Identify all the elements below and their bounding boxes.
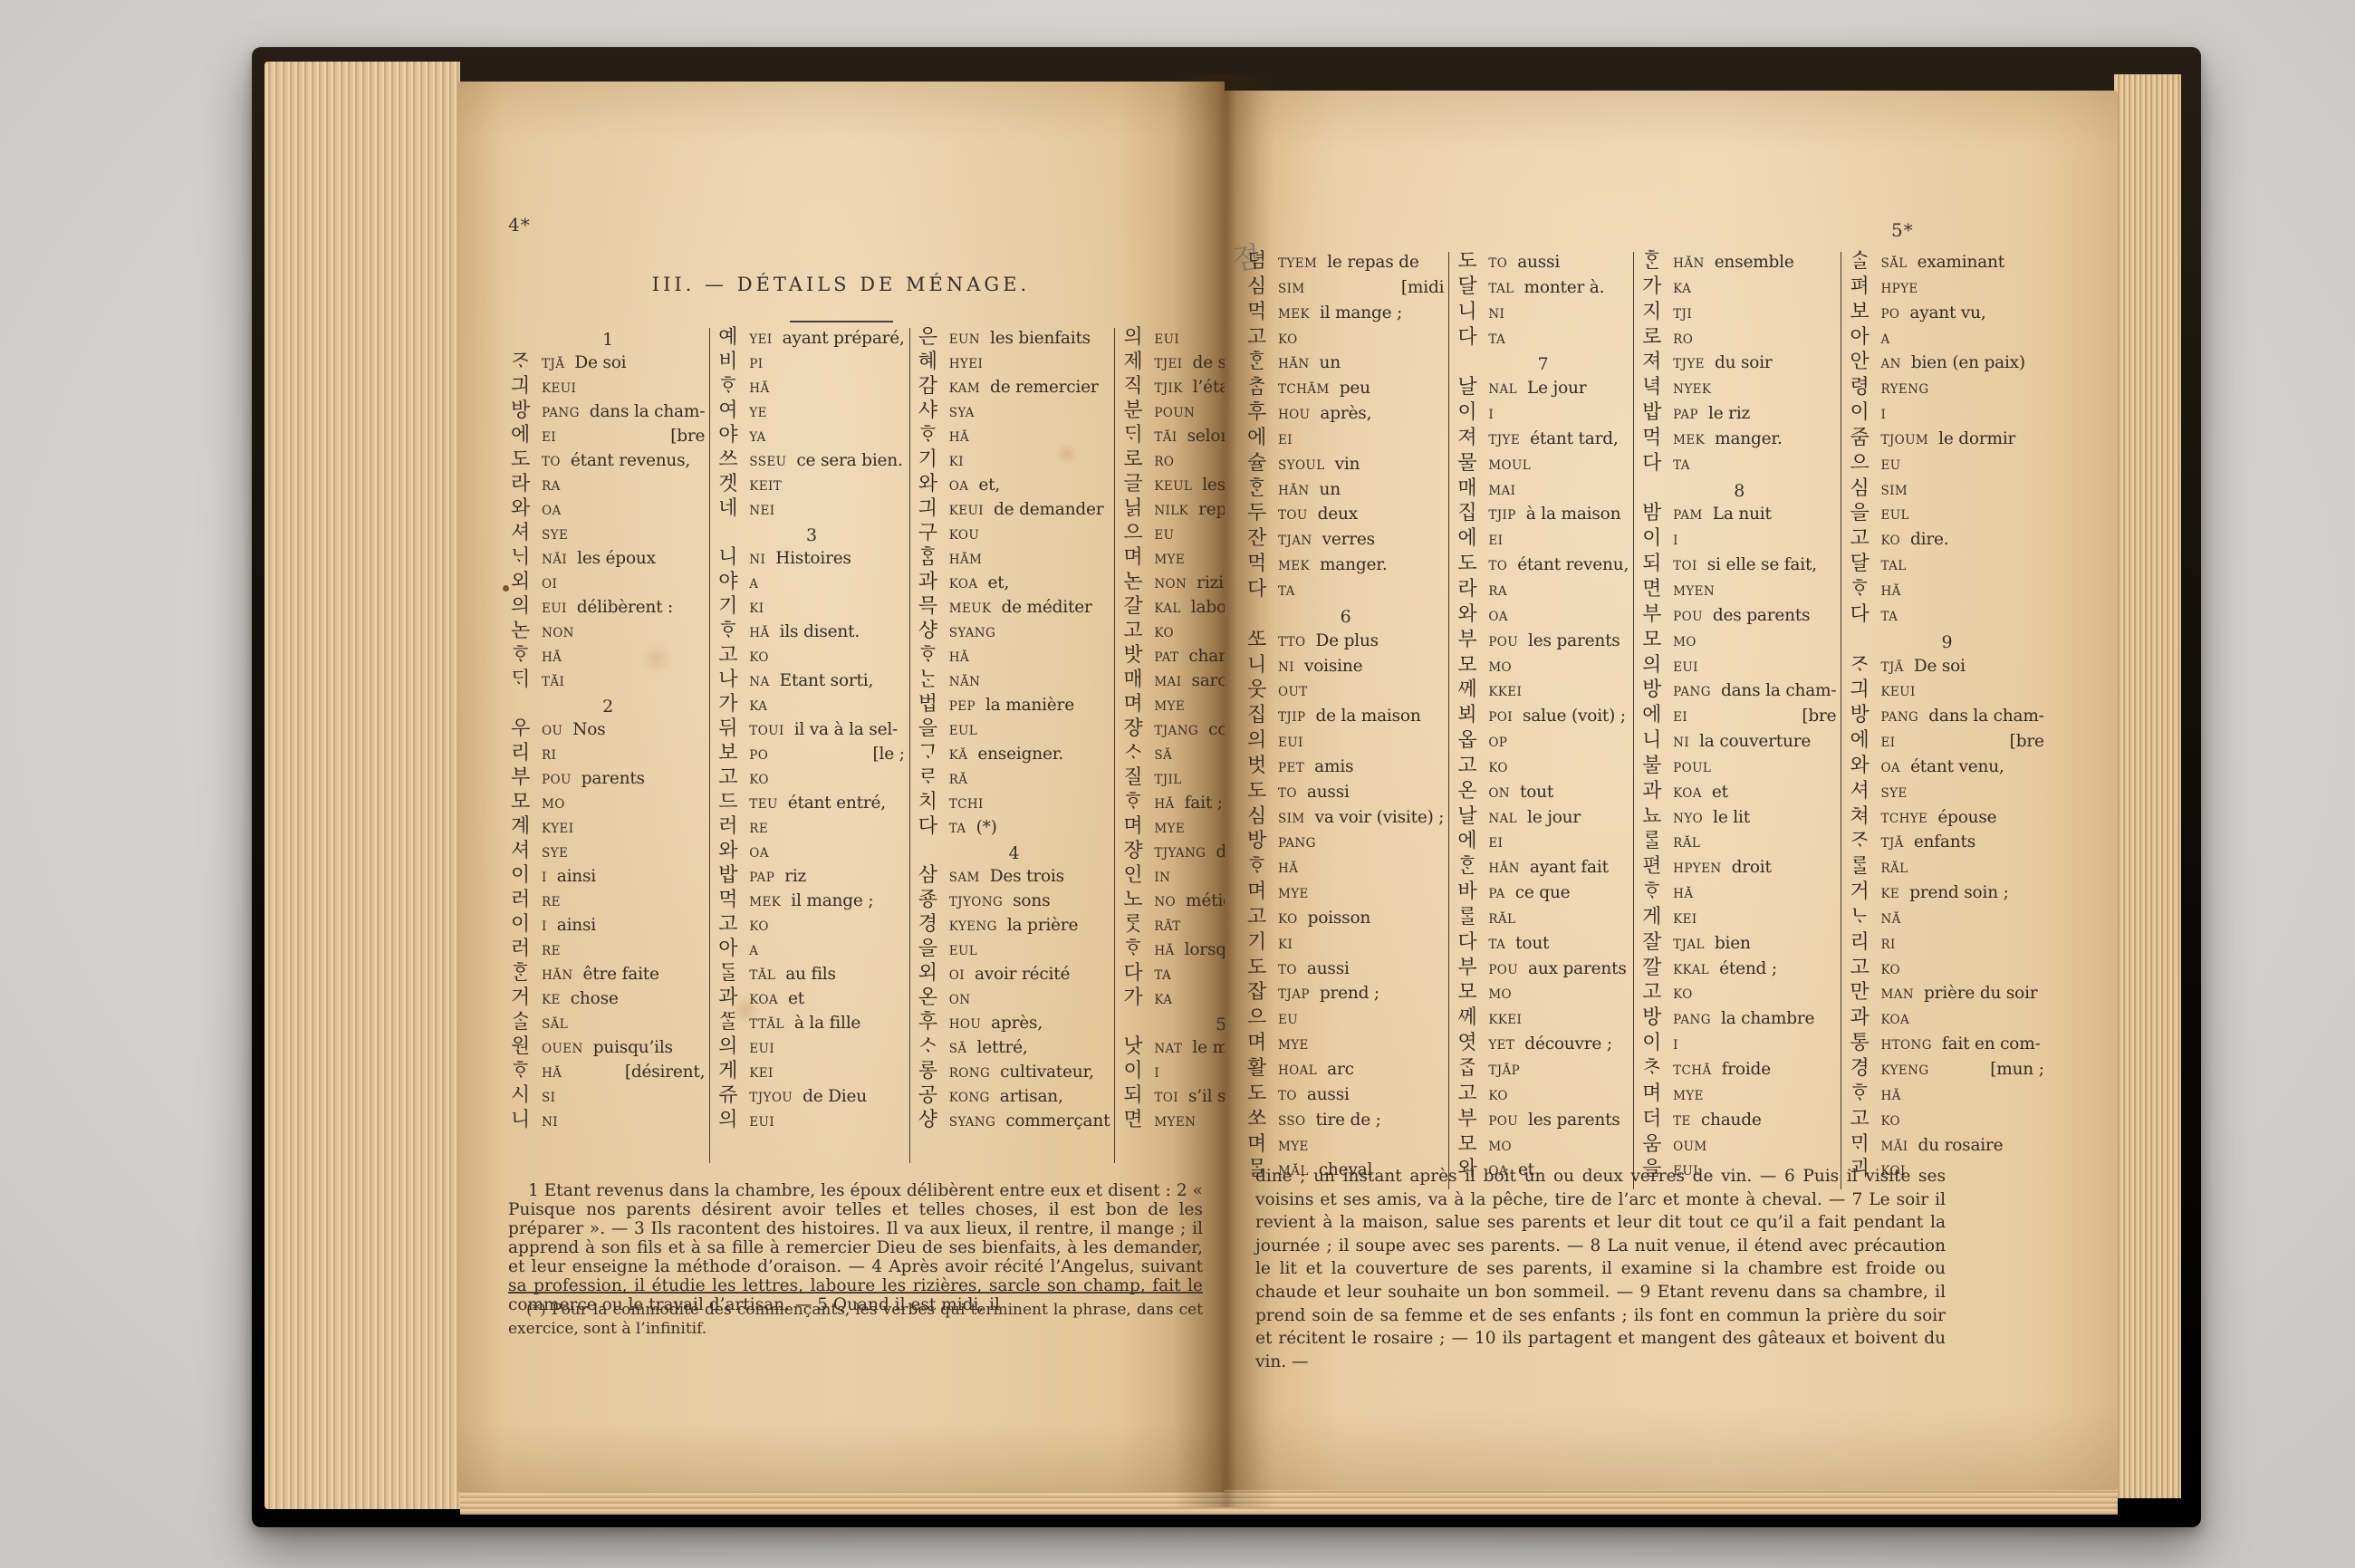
- romanization: NEI: [749, 504, 774, 518]
- hangul-character: 낫: [1123, 1037, 1154, 1057]
- hangul-character: ᄉᆞ: [1123, 744, 1154, 764]
- romanization: KOA: [1880, 1013, 1909, 1027]
- french-gloss: prend ;: [1320, 984, 1379, 1003]
- romanization: RI: [542, 748, 556, 763]
- romanization: TO: [1278, 1089, 1297, 1103]
- dictionary-entry: 외OI: [511, 572, 705, 597]
- romanization: MEK: [1278, 307, 1310, 322]
- dictionary-entry: 도TOétant revenu,: [1457, 554, 1629, 580]
- dictionary-entry: 매MAI: [1457, 479, 1629, 505]
- dictionary-column: 뎜TYEMle repas de심SIM[midi먹MEKil mange ;고…: [1239, 252, 1448, 1189]
- french-gloss: ce que: [1515, 883, 1571, 902]
- section-number: 8: [1642, 479, 1836, 505]
- romanization: MAI: [1488, 484, 1515, 498]
- hangul-character: 리: [511, 744, 542, 764]
- romanization: MYE: [1278, 887, 1309, 901]
- french-gloss: après,: [1320, 404, 1371, 423]
- hangul-character: 로: [1123, 450, 1154, 470]
- romanization: KOA: [749, 993, 778, 1007]
- page-stack-left-edge: [264, 62, 460, 1509]
- dictionary-entry: 예YEIayant préparé,: [718, 328, 904, 352]
- hangul-character: 고: [1123, 621, 1154, 641]
- dictionary-entry: 기KI: [718, 597, 904, 621]
- hangul-character: 밥: [718, 866, 749, 886]
- french-gloss: le riz: [1708, 404, 1750, 423]
- dictionary-entry: 도TOaussi: [1457, 252, 1629, 277]
- dictionary-entry: ᄒᆞHĂils disent.: [718, 621, 904, 646]
- dictionary-entry: 니NI: [511, 1111, 705, 1135]
- romanization: KOA: [949, 577, 978, 592]
- dictionary-entry: 셔SYE: [511, 842, 705, 866]
- hangul-character: 여: [718, 401, 749, 421]
- dictionary-entry: 삼SAMDes trois: [918, 866, 1110, 890]
- dictionary-entry: ᄒᆞᆫHĂNun: [1247, 479, 1444, 505]
- hangul-character: 모: [1457, 1135, 1488, 1155]
- hangul-character: 과: [718, 988, 749, 1008]
- hangul-character: 고: [1850, 529, 1880, 549]
- hangul-character: 잡: [1247, 983, 1278, 1003]
- romanization: MO: [1488, 660, 1512, 675]
- hangul-character: 방: [1247, 832, 1278, 851]
- hangul-character: ᄒᆞ: [1642, 882, 1673, 902]
- romanization: EUL: [1880, 508, 1908, 523]
- romanization: KAL: [1154, 601, 1180, 616]
- romanization: SĂ: [1154, 748, 1172, 763]
- hangul-character: 편: [1642, 857, 1673, 877]
- french-gloss: épouse: [1937, 808, 1996, 827]
- romanization: HTONG: [1880, 1038, 1931, 1053]
- dictionary-entry: 샹SYANG: [918, 621, 1110, 646]
- hangul-character: 기: [918, 450, 949, 470]
- hangul-character: ᄎᆞᆷ: [1247, 378, 1278, 398]
- hangul-character: 며: [1247, 882, 1278, 902]
- hangul-character: 두: [1247, 504, 1278, 524]
- french-gloss: de remercier: [990, 378, 1098, 397]
- romanization: IN: [1154, 871, 1170, 885]
- french-gloss: cultivateur,: [1000, 1063, 1094, 1082]
- romanization: RA: [542, 479, 561, 494]
- photo-background: 4* III. — DÉTAILS DE MÉNAGE. 1ᄌᆞTJĂDe so…: [0, 0, 2355, 1568]
- french-gloss: enseigner.: [977, 745, 1063, 764]
- romanization: I: [1673, 1038, 1678, 1053]
- romanization: KOU: [949, 528, 979, 543]
- romanization: OA: [542, 504, 562, 518]
- hangul-character: 직: [1123, 377, 1154, 397]
- french-gloss: manger.: [1715, 429, 1783, 448]
- romanization: OA: [1880, 761, 1900, 775]
- french-gloss: à la maison: [1526, 505, 1621, 524]
- dictionary-entry: 이I: [1642, 1034, 1836, 1059]
- hangul-character: 달: [1850, 554, 1880, 574]
- hangul-character: 고: [718, 915, 749, 935]
- romanization: SAM: [949, 871, 980, 885]
- dictionary-entry: ᄌᆞTJĂenfants: [1850, 832, 2043, 857]
- french-gloss: découvre ;: [1524, 1034, 1612, 1053]
- hangul-character: 야: [718, 572, 749, 592]
- dictionary-entry: 의EUIdélibèrent :: [511, 597, 705, 621]
- dictionary-entry: 뵈POIsalue (voit) ;: [1457, 706, 1629, 731]
- romanization: KO: [1278, 912, 1298, 927]
- hangul-character: 움: [1642, 1135, 1673, 1155]
- section-number: 4: [918, 842, 1110, 866]
- dictionary-entry: 에EI[bre: [1642, 706, 1836, 731]
- french-gloss: étend ;: [1719, 959, 1777, 978]
- romanization: TO: [1278, 786, 1297, 801]
- dictionary-entry: 와OAet,: [918, 475, 1110, 499]
- romanization: RI: [1880, 938, 1895, 952]
- dictionary-entry: 안ANbien (en paix): [1850, 352, 2043, 378]
- dictionary-entry: 혜HYEI: [918, 352, 1110, 377]
- romanization: HPYEN: [1673, 861, 1721, 876]
- french-gloss: du soir: [1715, 353, 1773, 372]
- hangul-character: 쓰: [718, 450, 749, 470]
- dictionary-entry: ᄭᅦKKEI: [1457, 680, 1629, 706]
- dictionary-entry: 러RE: [511, 939, 705, 964]
- romanization: EUI: [542, 601, 567, 616]
- romanization: TJYE: [1488, 433, 1520, 447]
- hangul-character: 심: [1850, 479, 1880, 499]
- romanization: HPYE: [1880, 282, 1918, 296]
- french-gloss: vin: [1335, 455, 1360, 474]
- romanization: MEK: [749, 895, 781, 909]
- hangul-character: ᄆᆡ: [1850, 1135, 1880, 1155]
- french-gloss: bien: [1715, 934, 1751, 953]
- french-gloss: poisson: [1308, 909, 1371, 928]
- dictionary-entry: 긔KEUI: [1850, 680, 2043, 706]
- hangul-character: 벗: [1247, 756, 1278, 776]
- romanization: MAN: [1880, 987, 1914, 1002]
- french-gloss: manger.: [1320, 555, 1388, 574]
- hangul-character: 삼: [918, 866, 949, 886]
- dictionary-entry: ᄒᆞHĂ: [1642, 882, 1836, 908]
- french-gloss: de Dieu: [803, 1087, 867, 1106]
- romanization: TJIP: [1488, 508, 1515, 523]
- romanization: OP: [1488, 736, 1507, 750]
- romanization: PANG: [1880, 710, 1918, 725]
- romanization: EUN: [949, 332, 980, 347]
- hangul-character: ᄒᆞ: [1247, 857, 1278, 877]
- dictionary-entry: 고KO: [1642, 983, 1836, 1008]
- dictionary-entry: ᄒᆞHĂ: [918, 646, 1110, 670]
- hangul-character: 먹: [1247, 554, 1278, 574]
- hangul-character: 쟝: [1123, 842, 1154, 861]
- hangul-character: 가: [1642, 277, 1673, 297]
- hangul-character: 아: [718, 939, 749, 959]
- dictionary-entry: ᄉᆞSĂlettré,: [918, 1037, 1110, 1062]
- dictionary-entry: ᄒᆞHĂ: [1850, 580, 2043, 605]
- dictionary-entry: 감KAMde remercier: [918, 377, 1110, 401]
- romanization: PAP: [1673, 408, 1698, 422]
- hangul-character: 질: [1123, 768, 1154, 788]
- romanization: EU: [1154, 528, 1174, 543]
- dictionary-entry: 와OAétant venu,: [1850, 756, 2043, 782]
- romanization: OI: [949, 968, 965, 983]
- book: 4* III. — DÉTAILS DE MÉNAGE. 1ᄌᆞTJĂDe so…: [252, 47, 2201, 1527]
- french-gloss: dire.: [1910, 530, 1948, 549]
- french-gloss: [bre: [670, 427, 705, 446]
- romanization: AN: [1880, 357, 1900, 371]
- romanization: KKEI: [1488, 685, 1522, 699]
- romanization: HĂN: [542, 968, 573, 983]
- dictionary-entry: 고KO: [1850, 1110, 2043, 1135]
- romanization: EI: [1488, 836, 1503, 851]
- french-gloss: voisine: [1304, 657, 1362, 676]
- dictionary-entry: 이I: [1642, 529, 1836, 554]
- romanization: MEK: [1278, 559, 1310, 573]
- hangul-character: 이: [511, 866, 542, 886]
- dictionary-entry: 긔KEUIde demander: [918, 499, 1110, 524]
- dictionary-entry: 쳐TCHYEépouse: [1850, 807, 2043, 832]
- french-gloss: les bienfaits: [990, 329, 1091, 348]
- french-gloss: la chambre: [1721, 1009, 1814, 1028]
- dictionary-entry: 모MO: [1642, 630, 1836, 656]
- romanization: KA: [749, 699, 767, 714]
- romanization: TO: [1488, 559, 1507, 573]
- romanization: EUI: [749, 1042, 774, 1056]
- dictionary-entry: 먹MEKmanger.: [1247, 554, 1444, 580]
- romanization: TJĂ: [1880, 836, 1903, 851]
- french-gloss: et: [788, 989, 804, 1008]
- hangul-character: 롱: [918, 1062, 949, 1082]
- french-gloss: et,: [987, 573, 1009, 592]
- dictionary-entry: ᄀᆞKĂenseigner.: [918, 744, 1110, 768]
- romanization: TJANG: [1154, 724, 1198, 738]
- romanization: TĂL: [749, 968, 775, 983]
- romanization: SYE: [542, 846, 568, 861]
- hangul-character: 게: [718, 1062, 749, 1082]
- dictionary-entry: 부POUaux parents: [1457, 958, 1629, 984]
- romanization: YE: [749, 406, 767, 420]
- french-gloss: la couverture: [1699, 732, 1811, 751]
- french-gloss: De soi: [574, 353, 626, 372]
- romanization: KI: [1278, 938, 1293, 952]
- french-gloss: droit: [1732, 858, 1772, 877]
- hangul-character: 니: [1457, 303, 1488, 322]
- romanization: TJAP: [1278, 987, 1310, 1002]
- hangul-character: 에: [1850, 731, 1880, 751]
- romanization: KEUI: [949, 504, 984, 518]
- hangul-character: 져: [1642, 352, 1673, 372]
- hangul-character: 야: [718, 426, 749, 446]
- dictionary-entry: 방PANGdans la cham-: [1850, 706, 2043, 731]
- romanization: MĂI: [1880, 1140, 1908, 1154]
- hangul-character: 긔: [511, 377, 542, 397]
- hangul-character: 으: [1123, 524, 1154, 544]
- hangul-character: ᄅᆞᆺ: [1123, 915, 1154, 935]
- hangul-character: 먹: [1642, 428, 1673, 448]
- dictionary-entry: 고KO: [1457, 1084, 1629, 1110]
- romanization: MEK: [1673, 433, 1705, 447]
- translation-paragraph: dine ; un instant après il boit un ou de…: [1255, 1165, 1946, 1373]
- hangul-character: 셔: [511, 524, 542, 544]
- hangul-character: 다: [1457, 933, 1488, 953]
- romanization: MO: [542, 797, 565, 812]
- french-gloss: sons: [1013, 891, 1050, 910]
- dictionary-entry: ᄂᆡNĂIles époux: [511, 548, 705, 572]
- dictionary-entry: 쏘SSOtire de ;: [1247, 1110, 1444, 1135]
- hangul-character: 논: [1123, 572, 1154, 592]
- hangul-character: ᄉᆞᆯ: [1850, 252, 1880, 272]
- french-gloss: le lit: [1713, 808, 1750, 827]
- dictionary-entry: 야A: [718, 572, 904, 597]
- hangul-character: 혜: [918, 352, 949, 372]
- romanization: OU: [542, 724, 562, 738]
- dictionary-entry: 라RA: [511, 475, 705, 499]
- hangul-character: ᄒᆞ: [918, 426, 949, 446]
- dictionary-entry: 모MO: [1457, 1135, 1629, 1160]
- dictionary-entry: 고KO: [1850, 958, 2043, 984]
- dictionary-entry: 벗PETamis: [1247, 756, 1444, 782]
- romanization: KOA: [1673, 786, 1702, 801]
- dictionary-entry: 경KYENGla prière: [918, 915, 1110, 939]
- hangul-character: 을: [1850, 504, 1880, 524]
- romanization: NI: [1488, 307, 1504, 322]
- dictionary-entry: ᄒᆞᆫHĂNayant fait: [1457, 857, 1629, 882]
- dictionary-entry: 죵TJYONGsons: [918, 890, 1110, 915]
- french-gloss: (*): [976, 818, 997, 837]
- romanization: KEI: [749, 1066, 773, 1081]
- romanization: NAL: [1488, 382, 1517, 397]
- french-gloss: [bre: [1802, 707, 1836, 726]
- romanization: RĂL: [1673, 836, 1700, 851]
- hangul-character: 령: [1850, 378, 1880, 398]
- romanization: KE: [1880, 887, 1899, 901]
- hangul-character: 거: [511, 988, 542, 1008]
- dictionary-entry: 쓰SSEUce sera bien.: [718, 450, 904, 475]
- romanization: TA: [949, 822, 966, 836]
- hangul-character: 슐: [1247, 454, 1278, 474]
- dictionary-entry: 의EUI: [1247, 731, 1444, 756]
- romanization: OA: [749, 846, 769, 861]
- dictionary-entry: 고KO: [718, 646, 904, 670]
- dictionary-entry: ᄆᆡMĂIdu rosaire: [1850, 1135, 2043, 1160]
- french-gloss: aussi: [1517, 253, 1560, 272]
- romanization: RA: [1488, 584, 1507, 599]
- french-gloss: tout: [1515, 934, 1549, 953]
- french-gloss: deux: [1318, 505, 1358, 524]
- dictionary-entry: 면MYEN: [1642, 580, 1836, 605]
- hangul-character: 불: [1642, 756, 1673, 776]
- dictionary-entry: 에EI[bre: [1850, 731, 2043, 756]
- hangul-character: ᄒᆞ: [511, 1062, 542, 1082]
- romanization: SĂL: [542, 1017, 568, 1032]
- dictionary-entry: 계KYEI: [511, 817, 705, 842]
- romanization: PAP: [749, 871, 774, 885]
- hangul-character: ᄃᆡ: [511, 670, 542, 690]
- french-gloss: tout: [1520, 783, 1553, 802]
- french-gloss: De soi: [1914, 657, 1966, 676]
- dictionary-entry: 심SIMva voir (visite) ;: [1247, 807, 1444, 832]
- romanization: I: [1488, 408, 1494, 422]
- dictionary-entry: 며MYE: [1247, 882, 1444, 908]
- dictionary-entry: 달TAL: [1850, 554, 2043, 580]
- page-number-right: 5*: [1891, 219, 1914, 241]
- french-gloss: au fils: [785, 965, 836, 984]
- romanization: TAL: [1880, 559, 1906, 573]
- dictionary-entry: 부POUparents: [511, 768, 705, 793]
- french-gloss: fait en com-: [1942, 1034, 2041, 1053]
- romanization: KEUI: [1880, 685, 1915, 699]
- french-gloss: bien (en paix): [1911, 353, 2025, 372]
- hangul-character: 면: [1642, 580, 1673, 600]
- dictionary-entry: 와OA: [718, 842, 904, 866]
- romanization: A: [749, 577, 758, 592]
- romanization: KYEI: [542, 822, 573, 836]
- dictionary-entry: 니NIla couverture: [1642, 731, 1836, 756]
- french-gloss: ce sera bien.: [796, 451, 902, 470]
- hangul-character: 닑: [1123, 499, 1154, 519]
- french-gloss: artisan,: [1000, 1087, 1063, 1106]
- romanization: SSO: [1278, 1114, 1306, 1129]
- hangul-character: 가: [718, 695, 749, 715]
- romanization: KAM: [949, 381, 980, 396]
- romanization: OUEN: [542, 1042, 583, 1056]
- hangul-character: 으: [1850, 454, 1880, 474]
- hangul-character: 바: [1457, 882, 1488, 902]
- french-gloss: être faite: [583, 965, 659, 984]
- dictionary-entry: ᄃᆞᆯTĂLau fils: [718, 964, 904, 988]
- french-gloss: arc: [1327, 1060, 1354, 1079]
- dictionary-entry: 집TJIPà la maison: [1457, 504, 1629, 529]
- hangul-character: ᄌᆞᆸ: [1457, 1059, 1488, 1079]
- dictionary-entry: ᄒᆞHĂ: [918, 426, 1110, 450]
- dictionary-column: 예YEIayant préparé,비PIᄒᆞHĂ여YE야YA쓰SSEUce s…: [709, 328, 908, 1163]
- dictionary-entry: 온ON: [918, 988, 1110, 1013]
- hangul-character: 옵: [1457, 731, 1488, 751]
- romanization: KO: [1278, 332, 1298, 347]
- dictionary-entry: 방PANGdans la cham-: [511, 401, 705, 426]
- dictionary-column: ᄒᆞᆫHĂNensemble가KA지TJI로RO져TJYEdu soir녁NYE…: [1633, 252, 1841, 1189]
- hangul-character: ᄒᆞ: [1850, 580, 1880, 600]
- section-number: 9: [1850, 630, 2043, 656]
- hangul-character: 니: [718, 548, 749, 568]
- romanization: EUL: [949, 944, 977, 958]
- dictionary-entry: 다TA: [1642, 454, 1836, 479]
- dictionary-entry: 이Iainsi: [511, 915, 705, 939]
- hangul-character: ᄭᅦ: [1457, 1008, 1488, 1028]
- dictionary-entry: ᄒᆞHĂ: [1850, 1084, 2043, 1110]
- romanization: OUM: [1673, 1140, 1706, 1154]
- dictionary-entry: 거KEchose: [511, 988, 705, 1013]
- french-gloss: Histoires: [775, 549, 851, 568]
- dictionary-entry: 웃OUT: [1247, 680, 1444, 706]
- romanization: NA: [749, 675, 769, 689]
- romanization: RO: [1673, 332, 1693, 347]
- hangul-character: 져: [1457, 428, 1488, 448]
- dictionary-entry: ᄒᆞᆫHĂNêtre faite: [511, 964, 705, 988]
- hangul-character: ᄃᆡ: [1123, 426, 1154, 446]
- dictionary-entry: 을EUL: [918, 939, 1110, 964]
- romanization: YA: [749, 430, 765, 445]
- french-gloss: fait ;: [1185, 794, 1223, 813]
- french-gloss: [bre: [2010, 732, 2044, 751]
- romanization: SIM: [1278, 282, 1305, 296]
- hangul-character: 며: [1247, 1135, 1278, 1155]
- romanization: YEI: [749, 332, 772, 347]
- hangul-character: ᄅᆞ: [918, 768, 949, 788]
- dictionary-entry: 믁MEUKde méditer: [918, 597, 1110, 621]
- hangul-character: 니: [1247, 656, 1278, 676]
- french-gloss: les parents: [1528, 1111, 1620, 1130]
- french-gloss: il va à la sel-: [794, 720, 898, 739]
- hangul-character: 안: [1850, 352, 1880, 372]
- dictionary-entry: 이Iainsi: [511, 866, 705, 890]
- romanization: KKEI: [1488, 1013, 1522, 1027]
- french-gloss: étant revenu,: [1517, 555, 1629, 574]
- dictionary-entry: 줌TJOUMle dormir: [1850, 428, 2043, 454]
- dictionary-entry: 이I: [1457, 403, 1629, 428]
- romanization: TTĂL: [749, 1017, 784, 1032]
